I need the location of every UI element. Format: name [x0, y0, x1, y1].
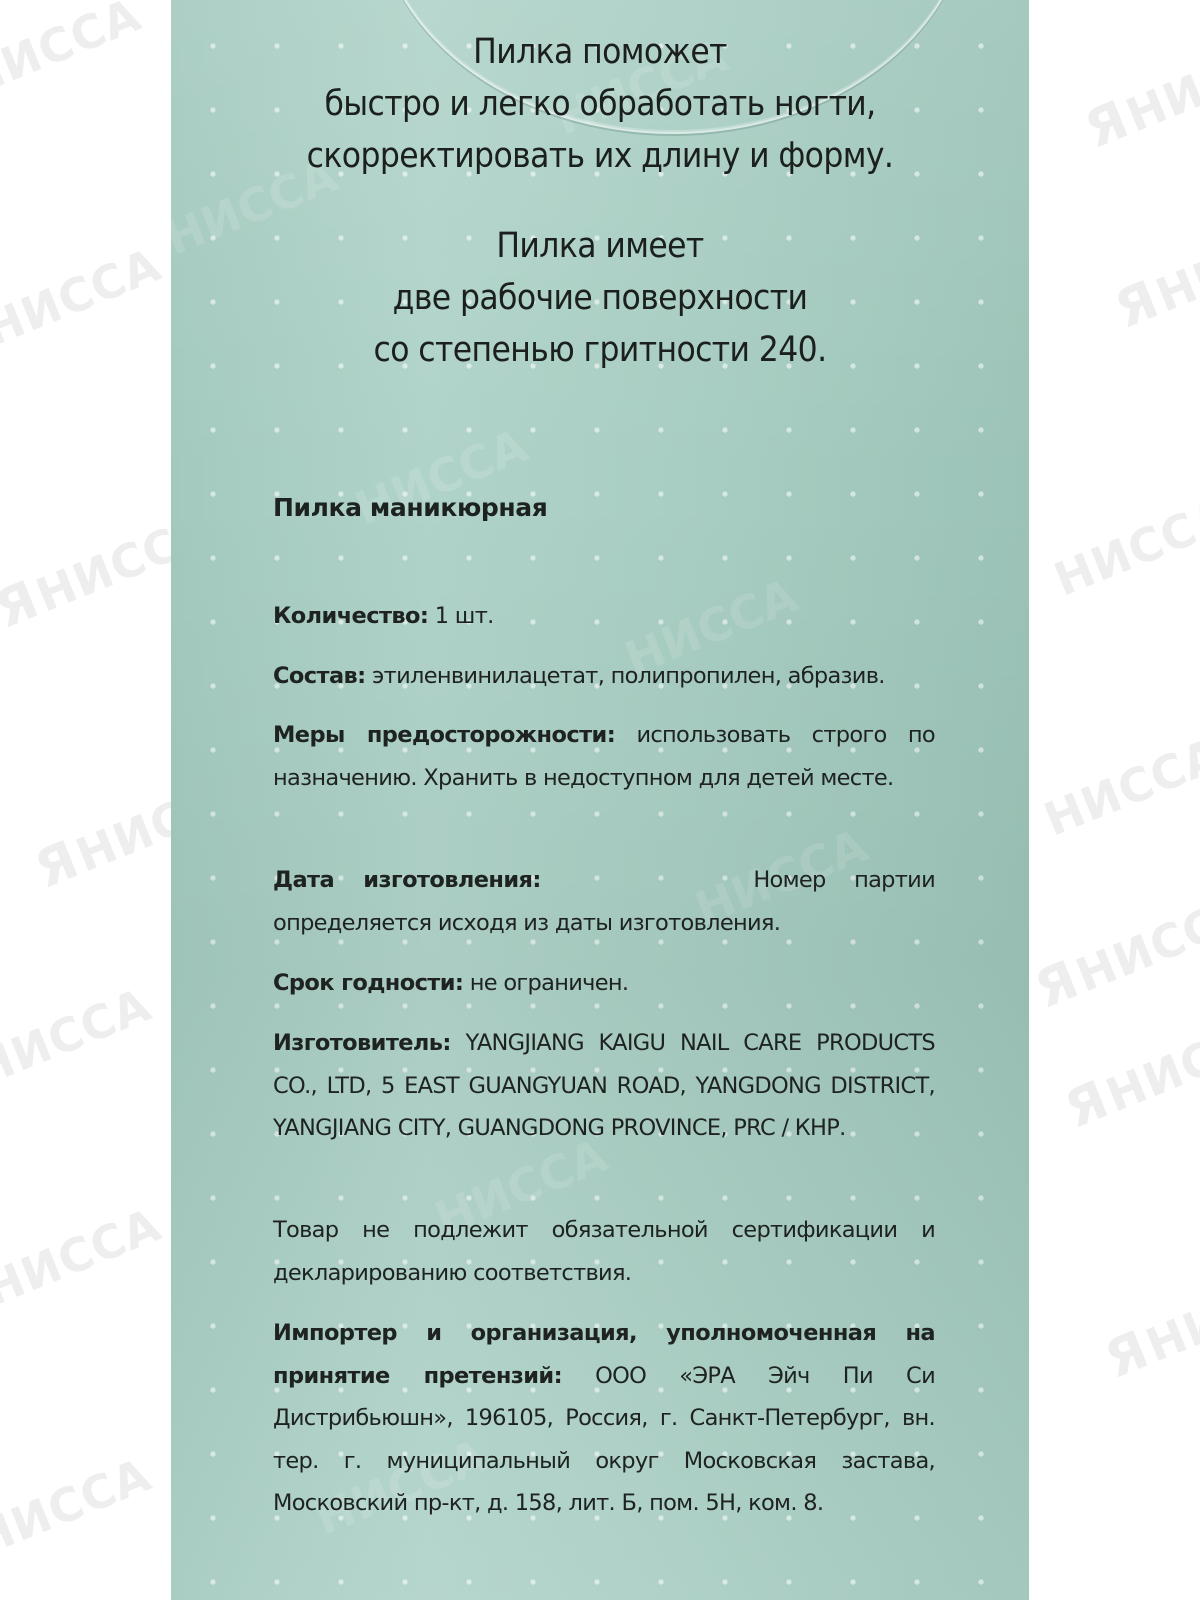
watermark-logo: НИССА [1037, 727, 1200, 846]
intro-line: Пилка поможет [171, 26, 1029, 78]
shelf-life-field: Срок годности: не ограничен. [273, 962, 935, 1005]
watermark-logo: ЯНИССА [1057, 999, 1200, 1140]
intro-paragraph-1: Пилка поможет быстро и легко обработать … [171, 26, 1029, 182]
watermark-logo: НИССА [0, 1197, 168, 1316]
quantity-label: Количество: [273, 603, 428, 629]
watermark-logo: НИССА [0, 237, 168, 356]
quantity-field: Количество: 1 шт. [273, 595, 935, 638]
certification-note: Товар не подлежит обязательной сертифика… [273, 1209, 935, 1294]
manufacture-date-field: Дата изготовления: Номер партии определя… [273, 859, 935, 944]
product-title: Пилка маникюрная [273, 493, 547, 522]
importer-field: Импортер и организация, уполномоченная н… [273, 1312, 935, 1525]
watermark-logo: ЯНИССА [1107, 199, 1200, 340]
intro-paragraph-2: Пилка имеет две рабочие поверхности со с… [171, 220, 1029, 376]
manufacturer-label: Изготовитель: [273, 1030, 451, 1056]
watermark-logo: НИССА [0, 0, 148, 107]
watermark-logo: НИССА [0, 1447, 158, 1566]
precautions-field: Меры предосторожности: использовать стро… [273, 714, 935, 799]
watermark-logo: ЯНИССА [1027, 879, 1200, 1020]
composition-label: Состав: [273, 663, 366, 689]
intro-line: быстро и легко обработать ногти, [171, 78, 1029, 130]
quantity-value: 1 шт. [435, 603, 494, 629]
batch-number-label: Номер партии [753, 859, 935, 902]
watermark-logo: ЯНИССА [1097, 1249, 1200, 1390]
precautions-label: Меры предосторожности: [273, 722, 615, 748]
product-label-panel: НИССА НИССА НИССА НИССА НИССА НИССА НИСС… [171, 0, 1029, 1600]
composition-field: Состав: этиленвинилацетат, полипропилен,… [273, 655, 935, 698]
composition-value: этиленвинилацетат, полипропилен, абразив… [372, 663, 885, 689]
watermark-logo: НИССА [1047, 487, 1200, 606]
intro-line: со степенью гритности 240. [171, 324, 1029, 376]
manufacture-date-value: определяется исходя из даты изготовления… [273, 902, 935, 945]
watermark-logo: ЯНИССА [1077, 19, 1200, 160]
shelf-life-value: не ограничен. [470, 970, 629, 996]
intro-line: скорректировать их длину и форму. [171, 130, 1029, 182]
intro-line: две рабочие поверхности [171, 272, 1029, 324]
manufacturer-field: Изготовитель: YANGJIANG KAIGU NAIL CARE … [273, 1022, 935, 1150]
shelf-life-label: Срок годности: [273, 970, 463, 996]
manufacture-date-label: Дата изготовления: [273, 859, 541, 902]
watermark-logo: НИССА [0, 977, 158, 1096]
intro-line: Пилка имеет [171, 220, 1029, 272]
